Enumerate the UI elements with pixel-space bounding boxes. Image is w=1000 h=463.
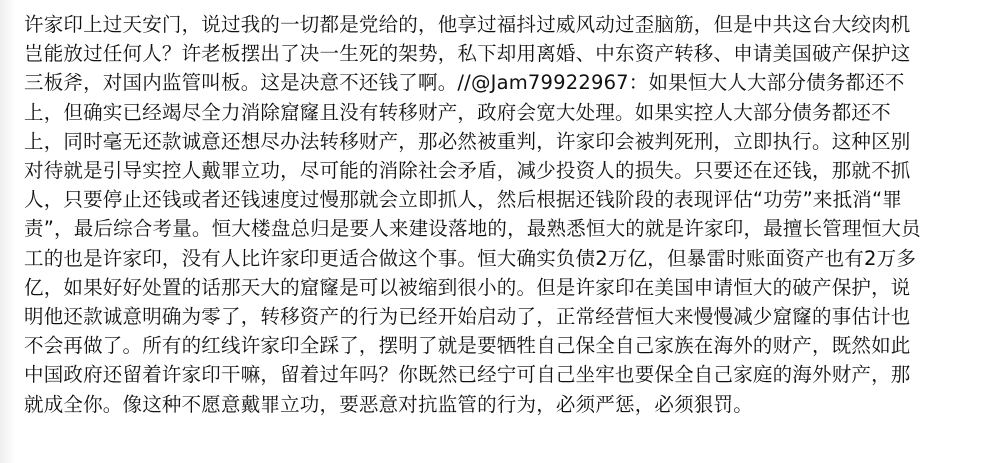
text-line: 责”，最后综合考量。恒大楼盘总归是要人来建设落地的，最熟悉恒大的就是许家印，最擅… [24,214,976,243]
text-line: 中国政府还留着许家印干嘛，留着过年吗？你既然已经宁可自己坐牢也要保全自己家庭的海… [24,360,976,389]
text-line: 就成全你。像这种不愿意戴罪立功，要恶意对抗监管的行为，必须严惩，必须狠罚。 [24,390,976,419]
text-line: 亿，如果好好处置的话那天大的窟窿是可以被缩到很小的。但是许家印在美国申请恒大的破… [24,273,976,302]
page: 许家印上过天安门，说过我的一切都是党给的，他享过福抖过威风动过歪脑筋，但是中共这… [0,0,1000,463]
text-line: 明他还款诚意明确为零了，转移资产的行为已经开始启动了，正常经营恒大来慢慢减少窟窿… [24,302,976,331]
text-line-with-mention: 三板斧，对国内监管叫板。这是决意不还钱了啊。//@Jam79922967：如果恒… [24,68,976,97]
text-line: 人，只要停止还钱或者还钱速度过慢那就会立即抓人，然后根据还钱阶段的表现评估“功劳… [24,185,976,214]
post-text-body: 许家印上过天安门，说过我的一切都是党给的，他享过福抖过威风动过歪脑筋，但是中共这… [24,10,976,419]
text-line: 对待就是引导实控人戴罪立功，尽可能的消除社会矛盾，减少投资人的损失。只要还在还钱… [24,156,976,185]
text-line: 上，但确实已经竭尽全力消除窟窿且没有转移财产，政府会宽大处理。如果实控人大部分债… [24,98,976,127]
text-line: 岂能放过任何人？许老板摆出了决一生死的架势，私下却用离婚、中东资产转移、申请美国… [24,39,976,68]
text-line: 上，同时毫无还款诚意还想尽办法转移财产，那必然被重判，许家印会被判死刑，立即执行… [24,127,976,156]
text-line: 工的也是许家印，没有人比许家印更适合做这个事。恒大确实负债2万亿，但暴雷时账面资… [24,244,976,273]
text-line: 许家印上过天安门，说过我的一切都是党给的，他享过福抖过威风动过歪脑筋，但是中共这… [24,10,976,39]
text-line: 不会再做了。所有的红线许家印全踩了，摆明了就是要牺牲自己保全自己家族在海外的财产… [24,331,976,360]
